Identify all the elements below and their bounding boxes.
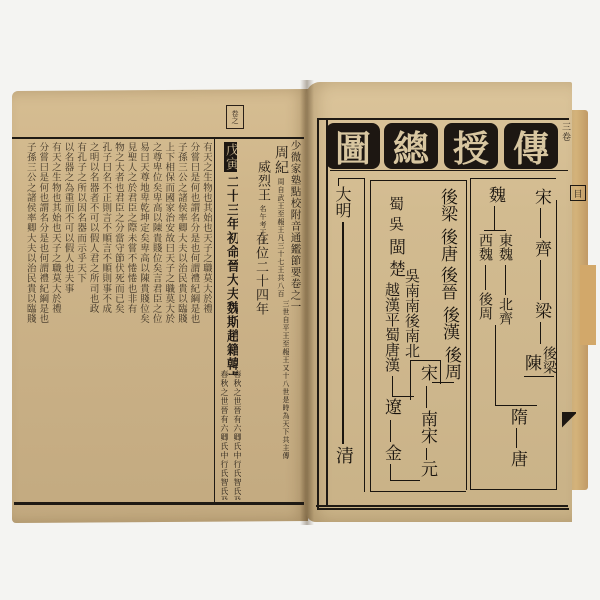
bookmark-icon: 目 (570, 185, 586, 201)
chart-line (470, 178, 556, 179)
king-line: 威烈王 (256, 160, 269, 202)
chart-line (556, 200, 557, 490)
chart-line (540, 260, 541, 300)
entry-text: 二十三年初命晉大夫魏斯趙籍韓虔為諸侯 (225, 175, 238, 375)
chart-line (364, 178, 365, 492)
text-column: 有天之生物也其始也天子之職莫大於禮 (48, 142, 61, 498)
text-column: 孔子曰名不正則言不順言不順則事不成 (99, 142, 112, 498)
node-later-liang-fd: 後梁 (438, 188, 455, 222)
entry-note-2: 春秋之世晉有六卿氏中行氏智氏及韓魏趙是為六卿後 (220, 370, 228, 500)
chart-line (540, 322, 541, 344)
node-tang: 唐 (508, 450, 525, 467)
chart-line (390, 480, 420, 481)
chart-line (370, 180, 466, 181)
chart-line (484, 230, 506, 231)
text-column: 分嘗曰是何也謂名分是也何謂禮紀綱是也 (187, 142, 200, 498)
node-qing: 清 (334, 446, 352, 464)
text-column: 子孫三公之諸侯率卿大夫以治民貴以臨賤 (23, 142, 36, 498)
title-char: 圖 (326, 123, 380, 169)
king-reign: 在位二十四年 (254, 232, 267, 316)
text-column: 分嘗曰是何也謂名分是也何謂禮紀綱是也 (36, 142, 49, 498)
node-ming: 大明 (334, 186, 350, 218)
open-book: 卷之 有天之生物也其始也天子之職莫大於禮 分嘗曰是何也謂名分是也何謂禮紀綱是也 … (0, 0, 600, 600)
text-column: 上下相保而國家治安故曰天子之職莫大於 (162, 142, 175, 498)
chart-line (390, 464, 391, 481)
node-later-liang: 後梁 (542, 346, 556, 374)
chart-line (426, 448, 427, 460)
title-rule (330, 170, 568, 171)
title-char: 傳 (504, 123, 558, 169)
chart-line (516, 428, 517, 448)
title-char: 授 (444, 123, 498, 169)
text-column: 物之大者也君臣之分當守節伏死而已矣 (111, 142, 124, 498)
title-char: 總 (384, 123, 438, 169)
node-sui: 隋 (508, 408, 525, 425)
chart-line (466, 180, 467, 490)
node-later-zhou: 後周 (442, 346, 459, 380)
text-column: 之明以名器者不可以假人君之所司也政 (86, 142, 99, 498)
node-yuan: 元 (418, 460, 435, 477)
text-column: 見聖人之於君臣之際未嘗不惓惓也非有 (124, 142, 137, 498)
paper-tab (580, 265, 596, 345)
node-west-wei: 西魏 (478, 233, 492, 261)
chart-line (338, 178, 339, 186)
node-liao: 遼 (382, 398, 399, 415)
node-song: 宋 (532, 188, 549, 205)
chart-line (410, 360, 440, 361)
node-later-zhou-a: 後周 (478, 292, 492, 320)
chart-line (485, 265, 486, 290)
node-east-wei: 東魏 (498, 233, 512, 261)
book-spine (300, 80, 314, 525)
year-label-box: 戊寅 (224, 142, 237, 172)
text-column: 以名器之為重而不可以假人也夫事 (61, 142, 74, 498)
chart-line (495, 405, 537, 406)
node-wu: 吳 (388, 216, 403, 232)
left-body-text: 有天之生物也其始也天子之職莫大於禮 分嘗曰是何也謂名分是也何謂禮紀綱是也 子孫三… (16, 142, 212, 498)
node-chu: 楚 (386, 260, 403, 278)
text-column: 易曰天尊地卑乾坤定矣卑高以陳貴賤位矣 (136, 142, 149, 498)
text-column: 之尊卑位矣卑高以陳貴賤位矣言君臣之位 (149, 142, 162, 498)
chart-line (410, 360, 411, 400)
node-later-tang: 後唐 (438, 228, 455, 262)
chart-inner-rule (326, 120, 328, 505)
chart-line (370, 491, 466, 492)
chart-line (440, 360, 441, 384)
chart-line (392, 376, 393, 396)
node-qi: 齊 (532, 240, 549, 257)
chart-line (370, 180, 371, 492)
node-later-han: 後漢 (440, 306, 457, 340)
margin-label: 三卷 (560, 122, 569, 142)
chart-line (342, 222, 344, 444)
chart-line (338, 178, 364, 179)
chapter-heading: 少微家塾點校附音通鑑節要卷之一 (290, 140, 301, 485)
text-column: 子孫三公之諸侯率卿大夫以治民貴以臨賤 (174, 142, 187, 498)
chart-title: 傳 授 總 圖 (322, 118, 568, 170)
year-highlight: 戊寅 (224, 142, 237, 172)
chart-line (495, 325, 496, 405)
chart-line (540, 208, 541, 238)
node-shu: 蜀 (388, 196, 403, 212)
text-column: 有天之生物也其始也天子之職莫大於禮 (199, 142, 212, 498)
entry-note: 春秋之世晉有六卿氏中行氏智氏及韓魏趙是為六卿後 (233, 370, 241, 500)
node-song-2: 宋 (418, 364, 435, 381)
reign-subnote: 周自武王至赧王凡三十七王共八百六十七年 (277, 178, 284, 298)
reign-heading: 周紀 (274, 145, 288, 175)
node-ten-kingdoms-b: 越漢平蜀唐漢 (384, 282, 399, 372)
corner-ornament-icon (562, 412, 576, 432)
node-south-song: 南宋 (418, 410, 435, 444)
chart-line (426, 386, 427, 408)
volume-marker: 卷之 (226, 105, 244, 129)
node-min: 閩 (386, 238, 403, 256)
node-ten-kingdoms-a: 吳南南後南北 (404, 268, 419, 358)
node-north-qi: 北齊 (498, 297, 512, 325)
chart-line (494, 206, 495, 230)
node-wei: 魏 (486, 186, 503, 203)
node-later-jin: 後晉 (438, 266, 455, 300)
chart-line (432, 382, 454, 383)
left-top-rule (12, 137, 304, 139)
left-bottom-rule (14, 502, 304, 505)
right-bottom-rule (316, 505, 568, 507)
node-chen: 陳 (522, 354, 539, 371)
chart-line (524, 376, 554, 377)
left-column-rule (214, 137, 215, 502)
node-jin: 金 (382, 444, 399, 461)
chart-line (470, 489, 557, 490)
chart-line (390, 420, 391, 442)
node-liang: 梁 (532, 302, 549, 319)
chart-line (505, 265, 506, 295)
side-note: 三世自平王至赧王又十八世是時為天下共主傳至赧王五世為秦所滅 (282, 300, 289, 460)
text-column: 有孔子之所以因名器而示乎天下 (73, 142, 86, 498)
chart-line (470, 178, 471, 490)
